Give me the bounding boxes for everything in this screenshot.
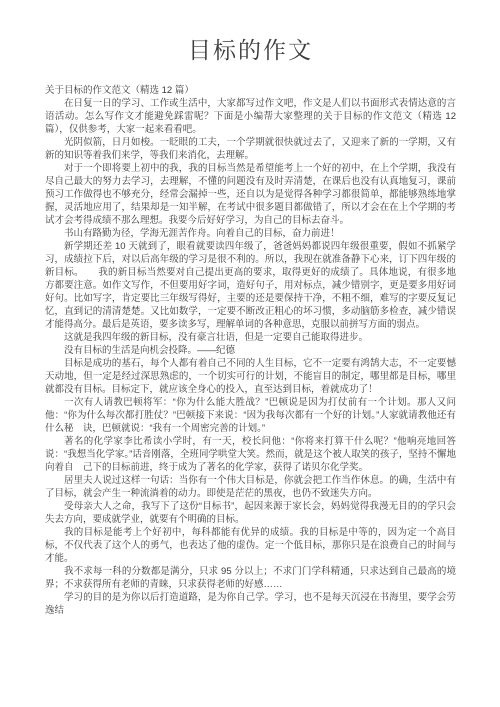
essay-paragraph: 这就是我四年级的新目标，没有豪言壮语，但是一定要自己能取得进步。	[45, 331, 456, 344]
essay-paragraph: 著名的化学家李比希读小学时，有一天，校长问他：“你将来打算干什么呢？”他响亮地回…	[45, 435, 456, 474]
essay-paragraph: 目标是成功的基石，每个人都有着自己不同的人生目标，它不一定要有鸿鹄大志，不一定要…	[45, 357, 456, 396]
essay-paragraph: 学习的目的是为你以后打造道路，是为你自己学。学习，也不是每天沉浸在书海里，要学会…	[45, 591, 456, 617]
essay-paragraph: 光阴似箭，日月如梭。一眨眼的工夫，一个学期就很快就过去了，又迎来了新的一学期，又…	[45, 136, 456, 162]
page-title: 目标的作文	[45, 36, 456, 66]
essay-paragraph: 新学期还差 10 天就到了，眼看就要读四年级了，爸爸妈妈都说四年级很重要，假如不…	[45, 240, 456, 331]
essay-paragraph: 关于目标的作文范文（精选 12 篇）	[45, 84, 456, 97]
essay-paragraph: 受母亲大人之命，我写下了这份“目标书”，起因来源于家长会，妈妈觉得我漫无目的的学…	[45, 500, 456, 526]
essay-paragraph: 没有目标的生活是向机会投降。——纪德	[45, 344, 456, 357]
document-page: 目标的作文 关于目标的作文范文（精选 12 篇）在日复一日的学习、工作或生活中，…	[0, 0, 500, 707]
essay-paragraph: 一次有人请教巴顿将军：“你为什么能大胜战？”巴顿说是因为打仗前有一个计划。那人又…	[45, 396, 456, 435]
essay-paragraph: 在日复一日的学习、工作或生活中，大家都写过作文吧，作文是人们以书面形式表情达意的…	[45, 97, 456, 136]
essay-body: 关于目标的作文范文（精选 12 篇）在日复一日的学习、工作或生活中，大家都写过作…	[45, 84, 456, 617]
essay-paragraph: 书山有路勤为径，学海无涯苦作舟。向着自己的目标，奋力前进！	[45, 227, 456, 240]
essay-paragraph: 对于一个即将要上初中的我，我的目标当然是希望能考上一个好的初中，在上个学期，我没…	[45, 162, 456, 227]
essay-paragraph: 我的目标是能考上个好初中，每科都能有优异的成绩。我的目标是中等的，因为定一个高目…	[45, 526, 456, 565]
essay-paragraph: 我不求每一科的分数都是满分，只求 95 分以上；不求门门学科精通，只求达到自己最…	[45, 565, 456, 591]
essay-paragraph: 居里夫人说过这样一句话：当你有一个伟大目标是，你就会把工作当作休息。的确，生活中…	[45, 474, 456, 500]
